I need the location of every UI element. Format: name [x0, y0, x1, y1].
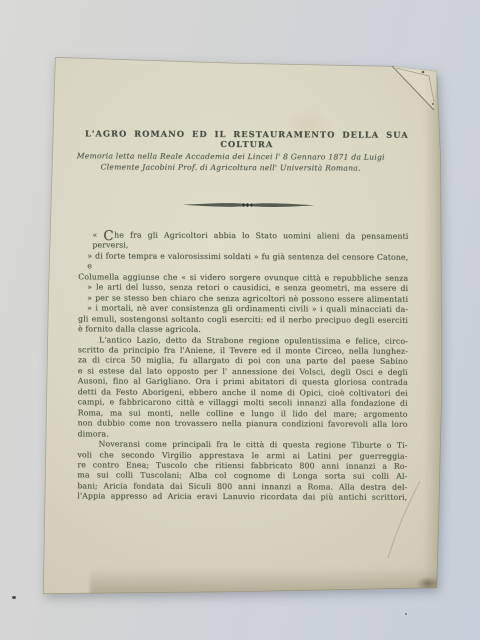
paper-shadow-wrap: L'AGRO ROMANO ED IL RESTAURAMENTO DELLA …: [0, 0, 480, 640]
body-text-line: è fornito dalla classe agricola.: [78, 324, 408, 336]
body-text-line: non dubbio come non trovassero nella pia…: [78, 418, 408, 430]
printed-content: L'AGRO ROMANO ED IL RESTAURAMENTO DELLA …: [0, 0, 480, 640]
body-text-line: Noveransi come principali fra le città d…: [77, 439, 407, 451]
document-page: L'AGRO ROMANO ED IL RESTAURAMENTO DELLA …: [0, 0, 480, 640]
surface-speck: [12, 596, 16, 599]
photo-background: L'AGRO ROMANO ED IL RESTAURAMENTO DELLA …: [0, 0, 480, 640]
page-subtitle: Memoria letta nella Reale Accademia dei …: [53, 151, 409, 174]
body-text-line: l'Appia appresso ad Aricia eravi Lanuvio…: [77, 492, 407, 504]
page-title: L'AGRO ROMANO ED IL RESTAURAMENTO DELLA …: [61, 128, 433, 150]
line-text: he fra gli Agricoltori abbia lo Stato uo…: [92, 230, 408, 250]
open-quote: «: [92, 230, 97, 239]
body-text-line: » di forte tempra e valorosissimi soldat…: [78, 251, 408, 273]
subtitle-line-2: Clemente Jacobini Prof. di Agricoltura n…: [53, 162, 409, 174]
body-text: « Che fra gli Agricoltori abbia lo Stato…: [77, 230, 408, 503]
divider-ornament: [180, 199, 316, 212]
surface-speck: [405, 613, 407, 615]
body-text-line: « Che fra gli Agricoltori abbia lo Stato…: [78, 230, 408, 252]
